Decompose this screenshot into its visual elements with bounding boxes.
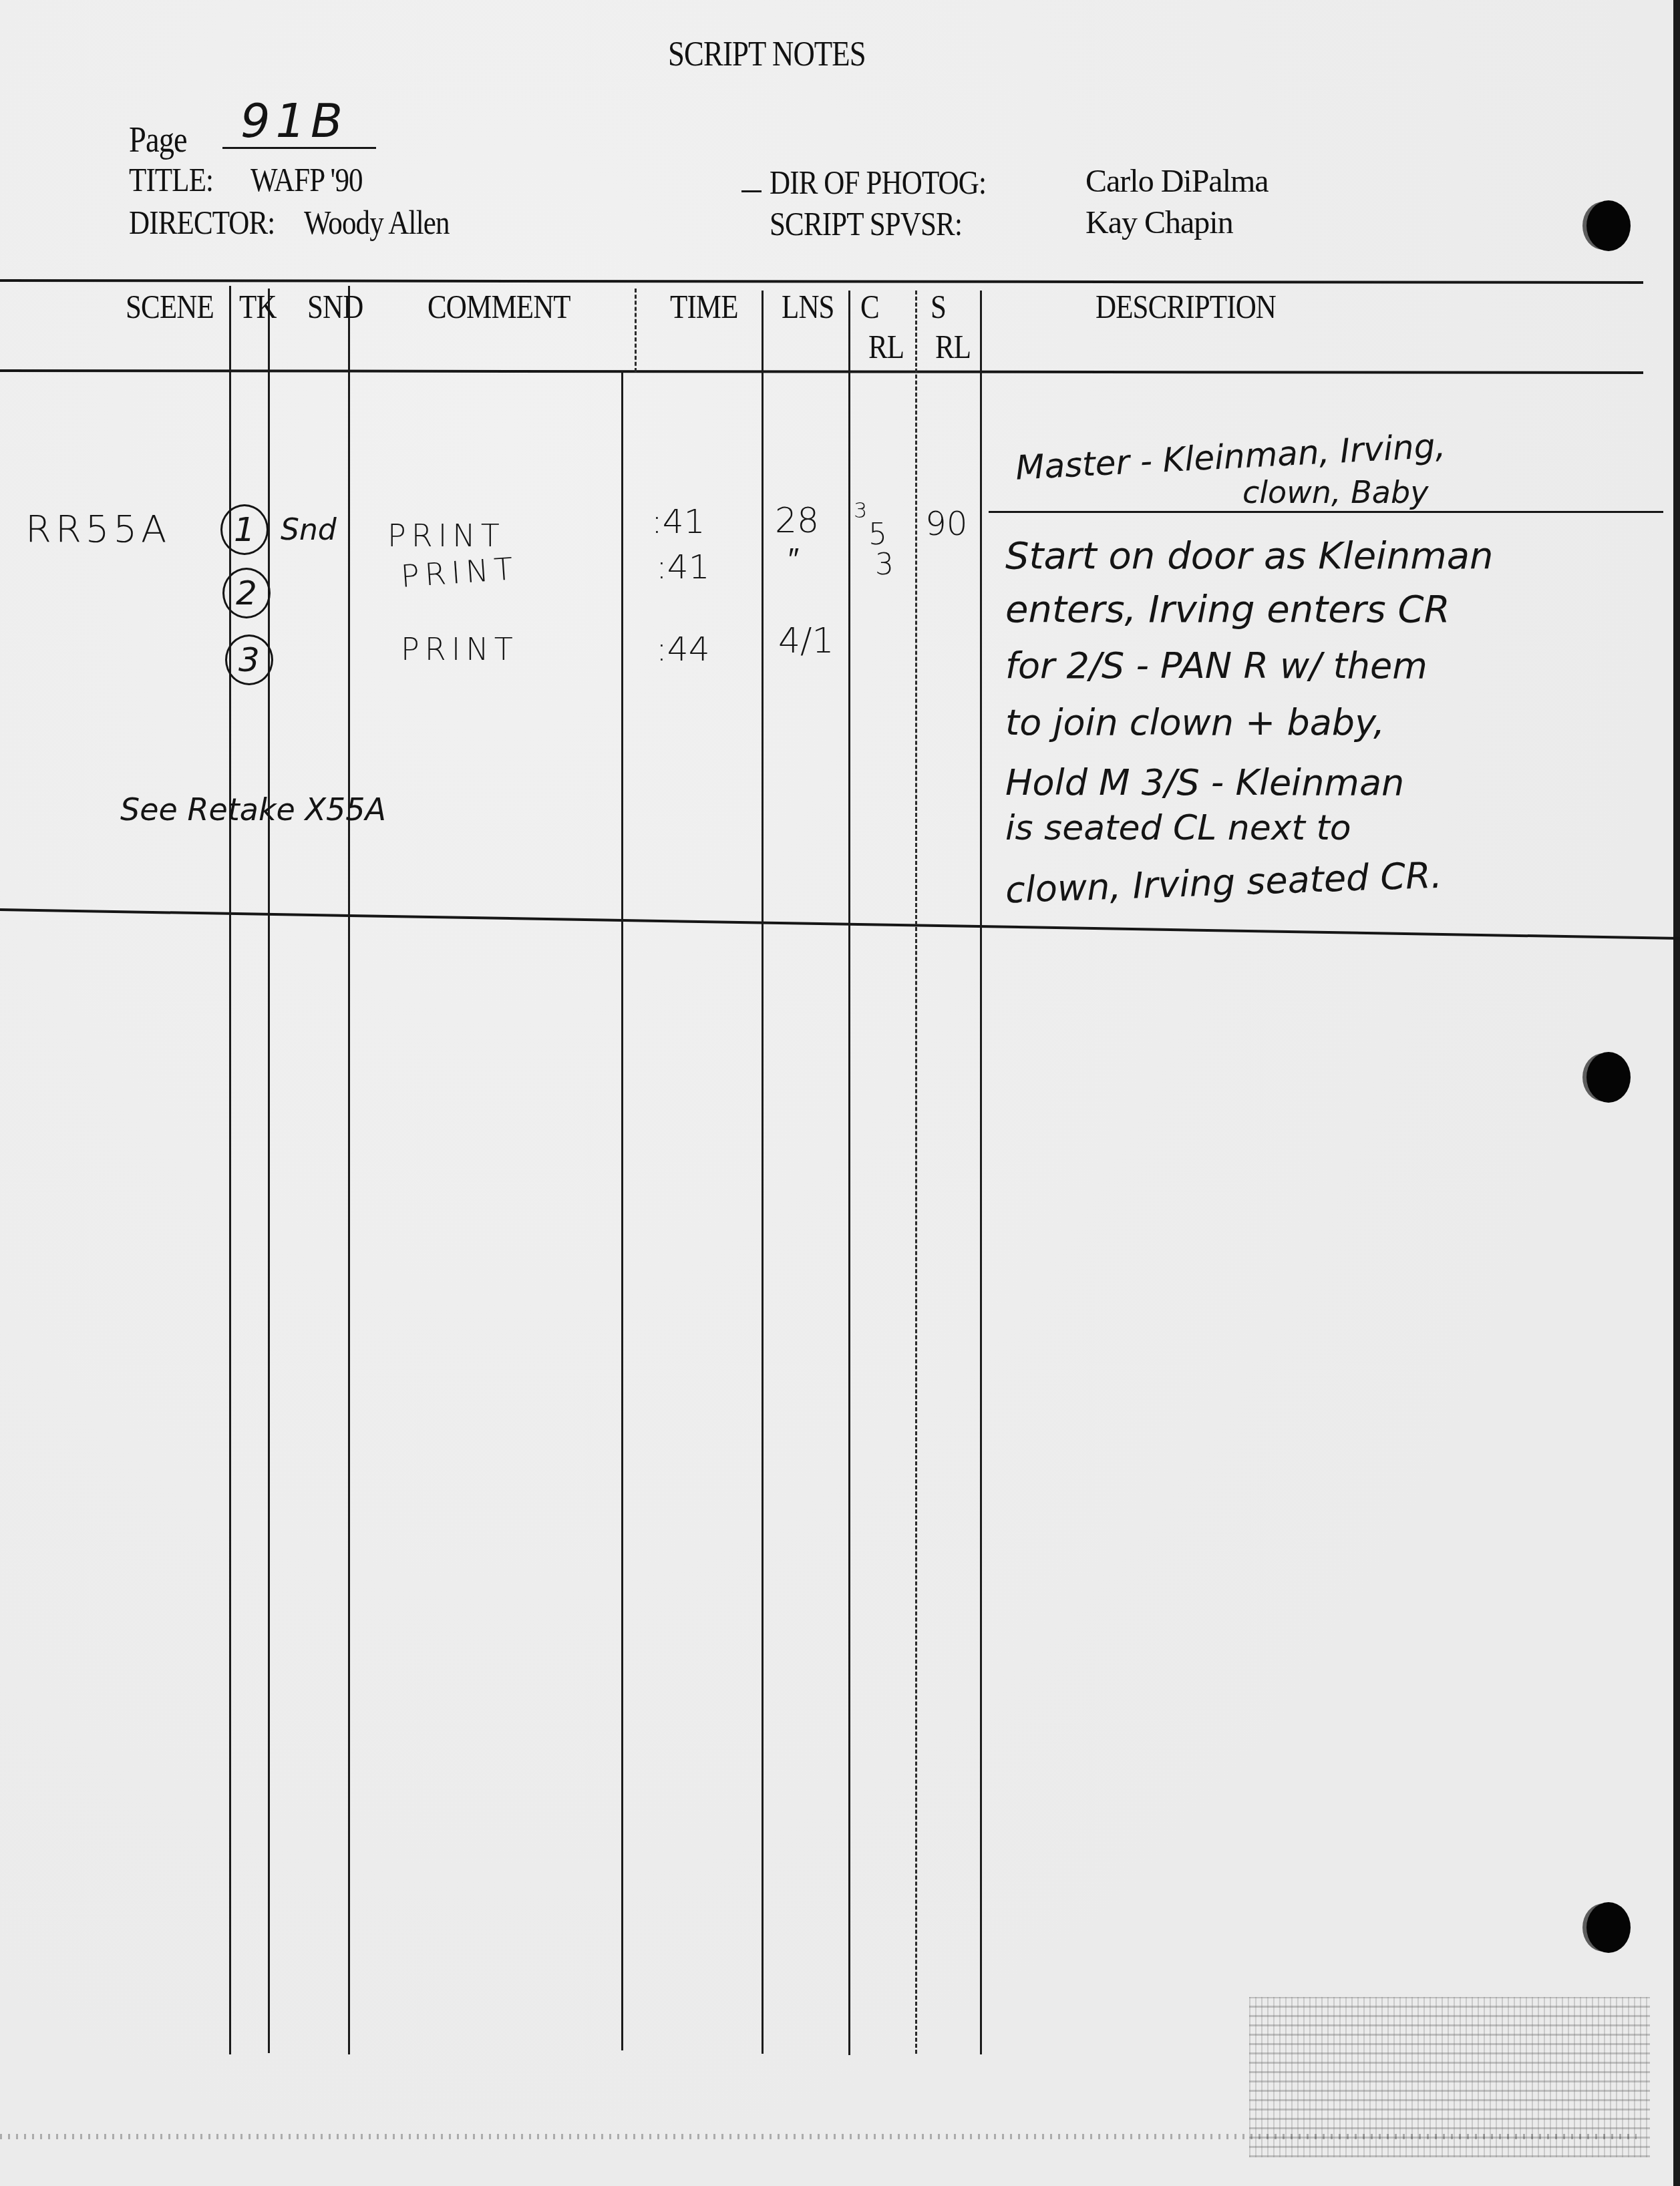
take-1-lines: 28: [775, 501, 819, 541]
camera-roll-part-3: 3: [875, 548, 894, 582]
take-2-time: :41: [656, 548, 709, 586]
take-1-comment: PRINT: [387, 518, 505, 554]
col-line-comment-time-top: [635, 289, 637, 372]
table-top-rule: [0, 279, 1643, 284]
title-value: WAFP '90: [250, 160, 363, 199]
col-line-comment-time: [621, 371, 623, 2050]
director-value: Woody Allen: [304, 203, 450, 242]
header-bottom-rule: [0, 369, 1643, 374]
take-circle-1: 1: [220, 504, 269, 555]
header-comment: COMMENT: [428, 287, 570, 326]
header-lns: LNS: [782, 287, 834, 326]
page-number: 91B: [240, 94, 348, 148]
description-line-2: enters, Irving enters CR: [1005, 588, 1450, 631]
col-line-tk-snd: [268, 289, 270, 2053]
binder-hole-middle: [1586, 1052, 1631, 1103]
col-line-s-description: [980, 291, 982, 2054]
header-s-rl: RL: [935, 327, 971, 366]
scene-number: RR55A: [25, 508, 170, 551]
header-c: C: [860, 287, 879, 326]
description-line-3: for 2/S - PAN R w/ them: [1005, 645, 1427, 687]
header-description: DESCRIPTION: [1096, 287, 1276, 326]
description-line-4: to join clown + baby,: [1005, 701, 1385, 743]
take-1-time: :41: [651, 502, 705, 541]
form-heading: SCRIPT NOTES: [668, 35, 866, 74]
col-line-snd-comment: [348, 286, 350, 2054]
script-notes-page: SCRIPT NOTES Page 91B TITLE: WAFP '90 DI…: [0, 0, 1680, 2186]
dop-value: Carlo DiPalma: [1085, 163, 1269, 200]
entry-bottom-rule: [0, 908, 1680, 940]
scan-noise-bottom: [0, 2134, 1637, 2139]
take-3-comment: PRINT: [401, 631, 518, 667]
header-tk: TK: [239, 287, 277, 326]
dash-mark: [741, 190, 762, 192]
supervisor-label: SCRIPT SPVSR:: [770, 204, 962, 243]
col-line-lns-c: [848, 291, 850, 2055]
header-snd: SND: [307, 287, 363, 326]
binder-hole-top: [1586, 200, 1631, 251]
take-circle-2: 2: [222, 568, 271, 618]
scan-noise: [1249, 1997, 1650, 2157]
description-line-6: is seated CL next to: [1005, 808, 1351, 848]
dop-label: DIR OF PHOTOG:: [770, 163, 986, 202]
retake-note: See Retake X55A: [120, 791, 386, 828]
description-line-7: clown, Irving seated CR.: [1005, 854, 1443, 912]
take-3-lines: 4/1: [778, 621, 834, 661]
header-time: TIME: [670, 287, 738, 326]
take-2-lines: ″: [788, 541, 799, 577]
description-divider: [989, 511, 1663, 513]
supervisor-value: Kay Chapin: [1085, 204, 1233, 241]
description-header-line-2: clown, Baby: [1242, 474, 1428, 510]
col-line-c-s: [915, 291, 917, 2054]
camera-roll-part-1: 3: [854, 498, 867, 523]
sound-roll: 90: [925, 504, 968, 543]
col-line-scene-tk: [229, 286, 231, 2054]
take-2-comment: PRINT: [399, 550, 519, 594]
description-line-5: Hold M 3/S - Kleinman: [1005, 761, 1404, 803]
binder-hole-bottom: [1586, 1902, 1631, 1953]
col-line-time-lns: [762, 291, 764, 2054]
header-scene: SCENE: [126, 287, 214, 326]
header-s: S: [931, 287, 946, 326]
director-label: DIRECTOR:: [129, 203, 275, 242]
title-label: TITLE:: [129, 160, 213, 199]
take-circle-3: 3: [225, 634, 273, 685]
take-3-time: :44: [656, 630, 709, 669]
description-line-1: Start on door as Kleinman: [1005, 534, 1494, 578]
sound-mark: Snd: [281, 513, 337, 547]
camera-roll-part-2: 5: [868, 518, 887, 552]
page-label: Page: [129, 119, 187, 160]
scan-edge: [1673, 0, 1680, 2186]
header-c-rl: RL: [868, 327, 904, 366]
